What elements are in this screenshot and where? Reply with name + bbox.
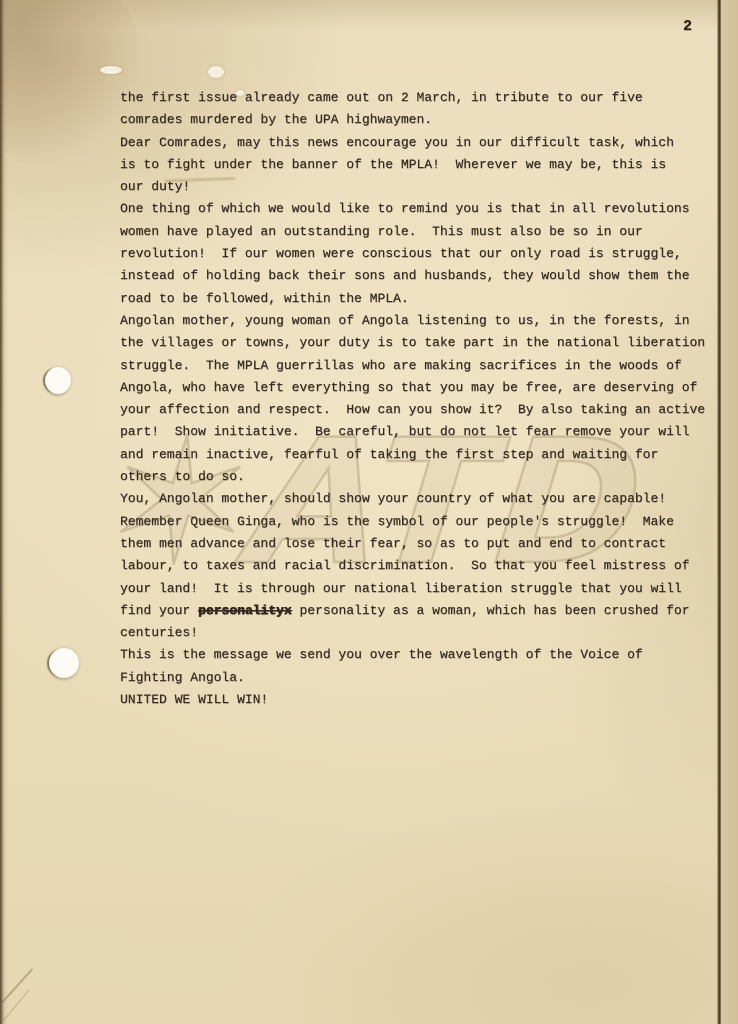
text-line: road to be followed, within the MPLA.	[120, 288, 720, 310]
text-line: is to fight under the banner of the MPLA…	[120, 154, 720, 176]
text-line: This is the message we send you over the…	[120, 644, 720, 666]
text-line: revolution! If our women were conscious …	[120, 243, 720, 265]
page-left-edge	[0, 0, 4, 1024]
struck-out-word: personalityx	[198, 603, 292, 618]
text-line: Remember Queen Ginga, who is the symbol …	[120, 511, 720, 533]
text-line: the villages or towns, your duty is to t…	[120, 332, 720, 354]
text-line: Angolan mother, young woman of Angola li…	[120, 310, 720, 332]
text-line: them men advance and lose their fear, so…	[120, 533, 720, 555]
text-segment: personality as a woman, which has been c…	[292, 603, 690, 618]
text-line: our duty!	[120, 176, 720, 198]
scanned-typewritten-page: ✶ATD 2 the first issue already came out …	[0, 0, 738, 1024]
text-line: labour, to taxes and racial discriminati…	[120, 555, 720, 577]
page-number: 2	[683, 18, 692, 35]
typewritten-text: the first issue already came out on 2 Ma…	[120, 87, 720, 711]
text-line: One thing of which we would like to remi…	[120, 198, 720, 220]
paper-blemish	[100, 66, 122, 74]
paper-blemish	[208, 66, 224, 78]
text-line: Angola, who have left everything so that…	[120, 377, 720, 399]
text-line: Dear Comrades, may this news encourage y…	[120, 132, 720, 154]
text-line: find your personalityx personality as a …	[120, 600, 720, 622]
text-line: struggle. The MPLA guerrillas who are ma…	[120, 355, 720, 377]
text-segment: find your	[120, 603, 198, 618]
text-line: others to do so.	[120, 466, 720, 488]
text-line: instead of holding back their sons and h…	[120, 265, 720, 287]
text-line: You, Angolan mother, should show your co…	[120, 488, 720, 510]
punch-hole	[45, 367, 71, 394]
text-line: centuries!	[120, 622, 720, 644]
punch-hole	[49, 648, 79, 678]
text-line: comrades murdered by the UPA highwaymen.	[120, 109, 720, 131]
text-line: the first issue already came out on 2 Ma…	[120, 87, 720, 109]
paper-crease-mark	[1, 968, 33, 1004]
underlying-page-strip	[720, 0, 738, 1024]
text-line: your affection and respect. How can you …	[120, 399, 720, 421]
text-line: Fighting Angola.	[120, 667, 720, 689]
page-right-edge	[717, 0, 721, 1024]
text-line: women have played an outstanding role. T…	[120, 221, 720, 243]
text-line: your land! It is through our national li…	[120, 578, 720, 600]
text-line: part! Show initiative. Be careful, but d…	[120, 421, 720, 443]
text-line: and remain inactive, fearful of taking t…	[120, 444, 720, 466]
text-line: UNITED WE WILL WIN!	[120, 689, 720, 711]
